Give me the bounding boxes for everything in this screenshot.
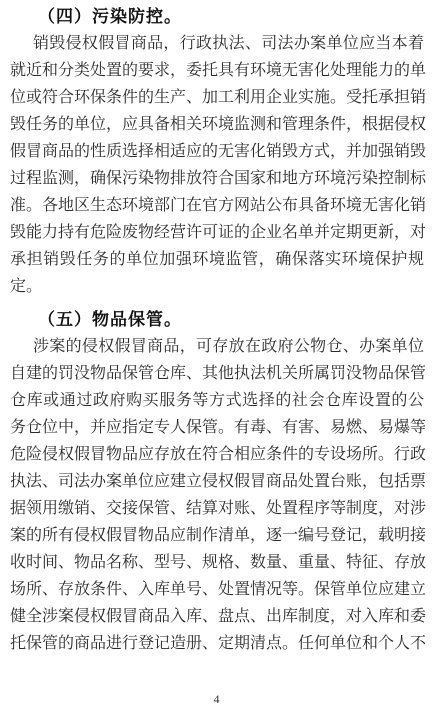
text-line: 就近和分类处置的要求，委托具有环境无害化处理能力的单: [10, 57, 424, 84]
text-line: 假冒商品的性质选择相适应的无害化销毁方式，并加强销毁: [10, 138, 424, 165]
text-line: 托保管的商品进行登记造册、定期清点。任何单位和个人不: [10, 630, 424, 657]
text-line: 承担销毁任务的单位加强环境监管，确保落实环境保护规: [10, 246, 424, 273]
text-line: 危险侵权假冒物品应存放在符合相应条件的专设场所。行政: [10, 441, 424, 468]
document-content: （四）污染防控。销毁侵权假冒商品，行政执法、司法办案单位应当本着就近和分类处置的…: [10, 3, 424, 657]
text-line: 据领用缴销、交接保管、结算对账、处置程序等制度，对涉: [10, 495, 424, 522]
text-line: 位或符合环保条件的生产、加工利用企业实施。受托承担销: [10, 84, 424, 111]
section-heading: （四）污染防控。: [10, 3, 424, 30]
text-line: 自建的罚没物品保管仓库、其他执法机关所属罚没物品保管: [10, 360, 424, 387]
section-heading: （五）物品保管。: [10, 306, 424, 333]
text-line: 销毁侵权假冒商品，行政执法、司法办案单位应当本着: [10, 30, 424, 57]
text-line: 健全涉案侵权假冒商品入库、盘点、出库制度，对入库和委: [10, 603, 424, 630]
text-line: 毁任务的单位，应具备相关环境监测和管理条件，根据侵权: [10, 111, 424, 138]
text-line: 仓库或通过政府购买服务等方式选择的社会仓库设置的公: [10, 387, 424, 414]
text-line: 场所、存放条件、入库单号、处置情况等。保管单位应建立: [10, 576, 424, 603]
text-line: 执法、司法办案单位应建立侵权假冒商品处置台账，包括票: [10, 468, 424, 495]
text-line: 收时间、物品名称、型号、规格、数量、重量、特征、存放: [10, 549, 424, 576]
text-line: 定。: [10, 273, 424, 300]
page-number: 4: [0, 691, 433, 707]
document-page: （四）污染防控。销毁侵权假冒商品，行政执法、司法办案单位应当本着就近和分类处置的…: [0, 0, 433, 714]
text-line: 过程监测，确保污染物排放符合国家和地方环境污染控制标: [10, 165, 424, 192]
text-line: 涉案的侵权假冒商品，可存放在政府公物仓、办案单位: [10, 333, 424, 360]
text-line: 准。各地区生态环境部门在官方网站公布具备环境无害化销: [10, 192, 424, 219]
text-line: 毁能力持有危险废物经营许可证的企业名单并定期更新，对: [10, 219, 424, 246]
text-line: 务仓位中，并应指定专人保管。有毒、有害、易燃、易爆等: [10, 414, 424, 441]
text-line: 案的所有侵权假冒物品应制作清单，逐一编号登记，载明接: [10, 522, 424, 549]
